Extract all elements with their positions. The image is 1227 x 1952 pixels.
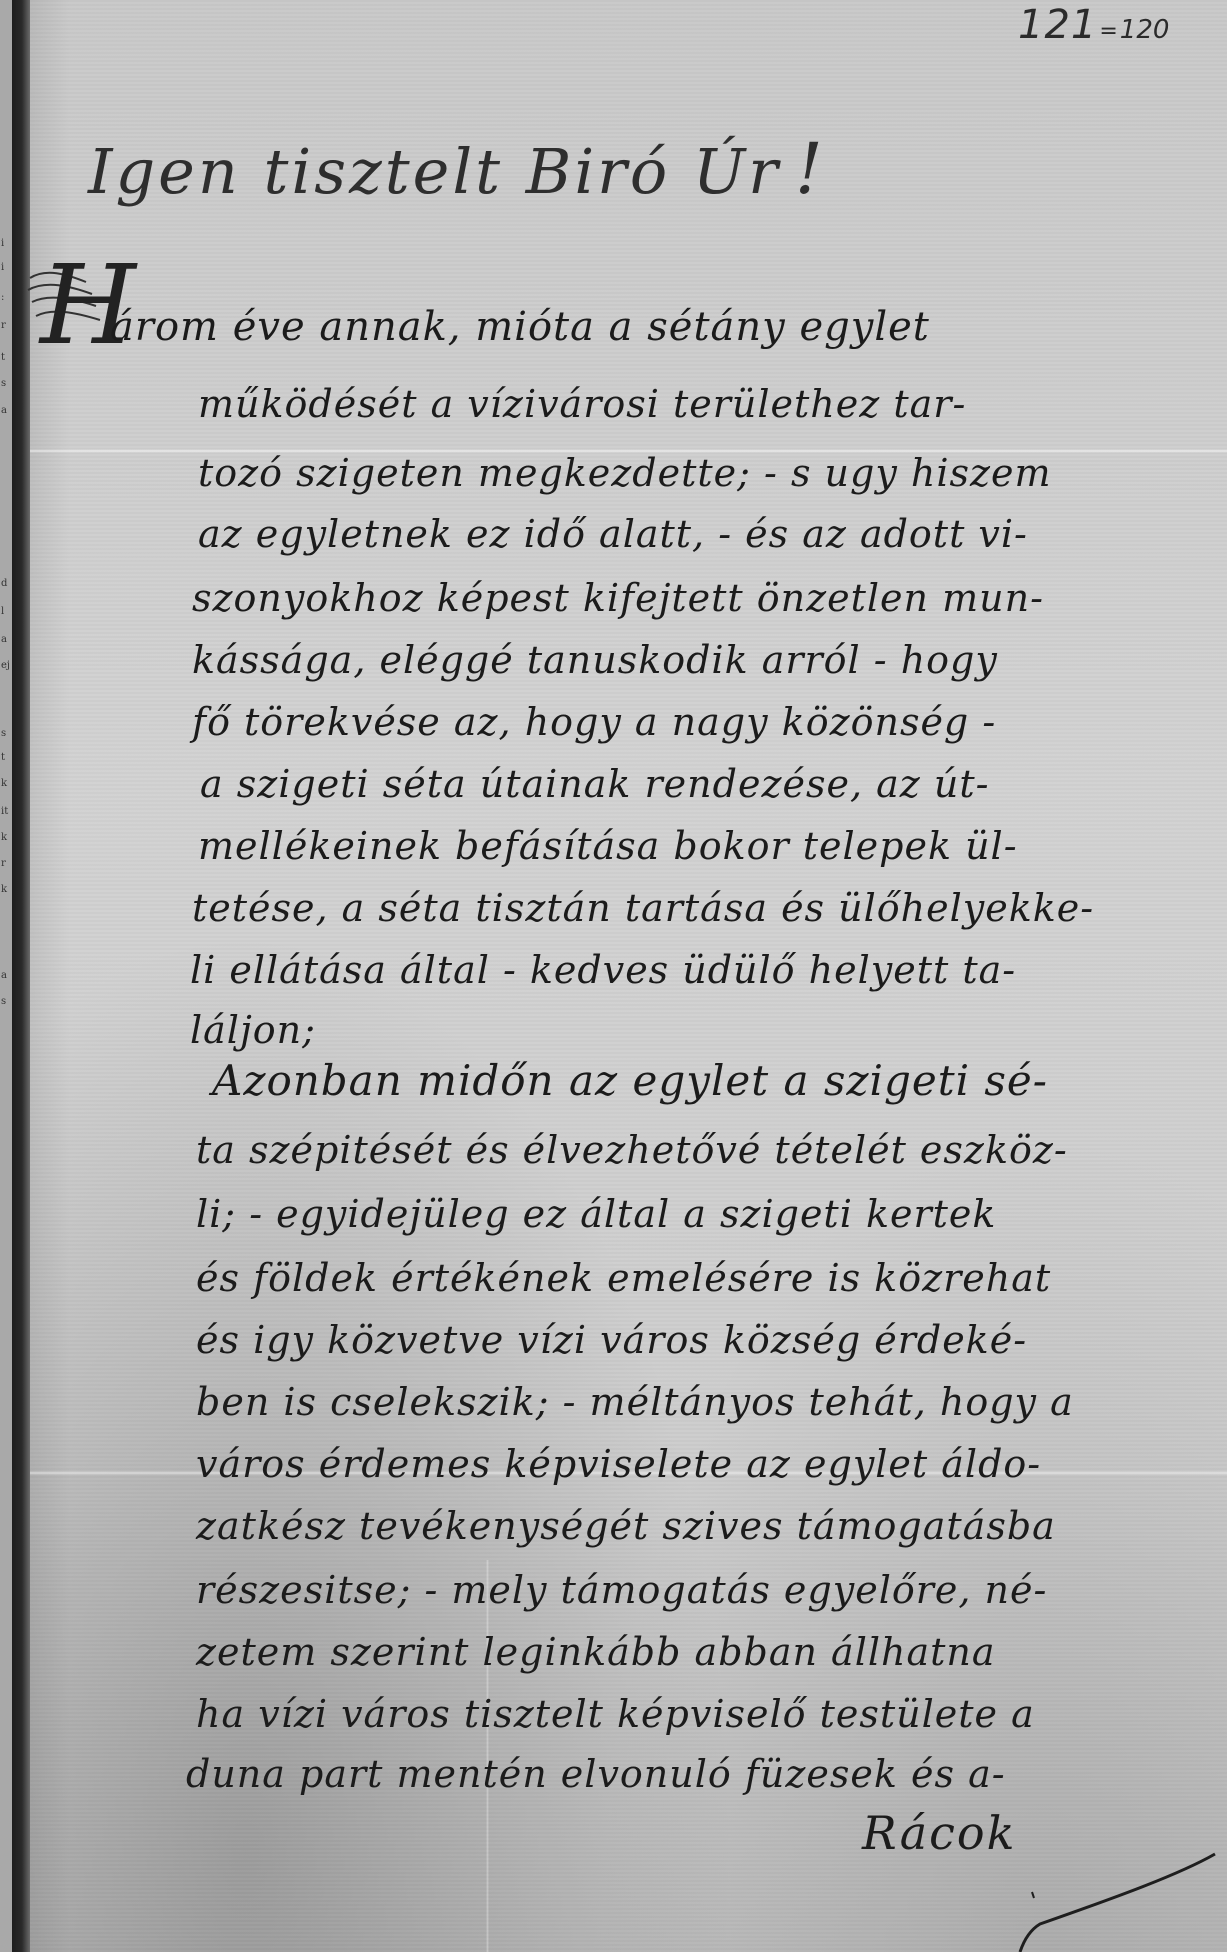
letter-line: tetése, a séta tisztán tartása és ülőhel…	[192, 886, 1094, 930]
adjacent-letter: k	[1, 832, 7, 843]
folio-number: 121=120	[1018, 2, 1169, 48]
folio-current: 121	[1018, 2, 1097, 48]
adjacent-letter: s	[1, 728, 6, 739]
letter-line: kássága, eléggé tanuskodik arról - hogy	[192, 638, 998, 682]
letter-line: zetem szerint leginkább abban állhatna	[196, 1630, 996, 1674]
letter-line: az egyletnek ez idő alatt, - és az adott…	[198, 512, 1028, 556]
letter-line: ha vízi város tisztelt képviselő testüle…	[196, 1692, 1035, 1736]
letter-line: ta szépitését és élvezhetővé tételét esz…	[196, 1128, 1068, 1172]
letter-line: li ellátása által - kedves üdülő helyett…	[190, 948, 1016, 992]
pen-flourish-stroke-icon	[1000, 1850, 1227, 1952]
letter-line: a szigeti séta útainak rendezése, az út-	[200, 762, 989, 806]
letter-line: és földek értékének emelésére is közreha…	[196, 1256, 1051, 1300]
adjacent-letter: d	[1, 578, 7, 589]
letter-line: tozó szigeten megkezdette; - s ugy hisze…	[198, 451, 1052, 495]
adjacent-letter: k	[1, 884, 7, 895]
salutation-exclamation: !	[795, 128, 826, 210]
letter-line: szonyokhoz képest kifejtett önzetlen mun…	[192, 576, 1044, 620]
letter-line-paragraph-start: Azonban midőn az egylet a szigeti sé-	[212, 1056, 1048, 1105]
adjacent-letter: t	[1, 752, 5, 763]
adjacent-letter: r	[1, 320, 6, 331]
adjacent-letter: s	[1, 378, 6, 389]
adjacent-letter: ej	[1, 660, 10, 671]
folio-previous: 120	[1120, 15, 1170, 45]
letter-line: és igy közvetve vízi város község érdeké…	[196, 1318, 1027, 1362]
adjacent-letter: s	[1, 996, 6, 1007]
adjacent-letter: t	[1, 352, 5, 363]
adjacent-letter: i	[1, 238, 4, 249]
adjacent-letter: i	[1, 262, 4, 273]
letter-line: zatkész tevékenységét szives támogatásba	[196, 1504, 1056, 1548]
letter-line: fő törekvése az, hogy a nagy közönség -	[192, 700, 996, 744]
letter-line: működését a vízivárosi területhez tar-	[198, 382, 966, 426]
letter-line: mellékeinek befásítása bokor telepek ül-	[198, 824, 1018, 868]
catchword-signature: Rácok	[862, 1806, 1016, 1860]
adjacent-letter: k	[1, 778, 7, 789]
adjacent-letter: l	[1, 606, 4, 617]
adjacent-letter: a	[1, 970, 7, 981]
adjacent-letter: a	[1, 634, 7, 645]
adjacent-letter: a	[1, 405, 7, 416]
letter-line: részesitse; - mely támogatás egyelőre, n…	[196, 1568, 1047, 1612]
letter-salutation: Igen tisztelt Biró Úr!	[88, 128, 826, 210]
adjacent-letter: r	[1, 858, 6, 869]
adjacent-letter: it	[1, 806, 8, 817]
letter-line: város érdemes képviselete az egylet áldo…	[196, 1442, 1041, 1486]
adjacent-letter: :	[1, 292, 4, 303]
letter-line: duna part mentén elvonuló füzesek és a-	[186, 1752, 1006, 1796]
scanned-document-page: i i : r t s a d l a ej s t k it k r k a …	[0, 0, 1227, 1952]
letter-line: ben is cselekszik; - méltányos tehát, ho…	[196, 1380, 1074, 1424]
salutation-text: Igen tisztelt Biró Úr	[88, 135, 781, 208]
letter-line: li; - egyidejüleg ez által a szigeti ker…	[196, 1192, 996, 1236]
letter-line: láljon;	[190, 1008, 316, 1052]
folio-separator: =	[1099, 19, 1117, 44]
letter-line: árom éve annak, mióta a sétány egylet	[110, 304, 930, 350]
